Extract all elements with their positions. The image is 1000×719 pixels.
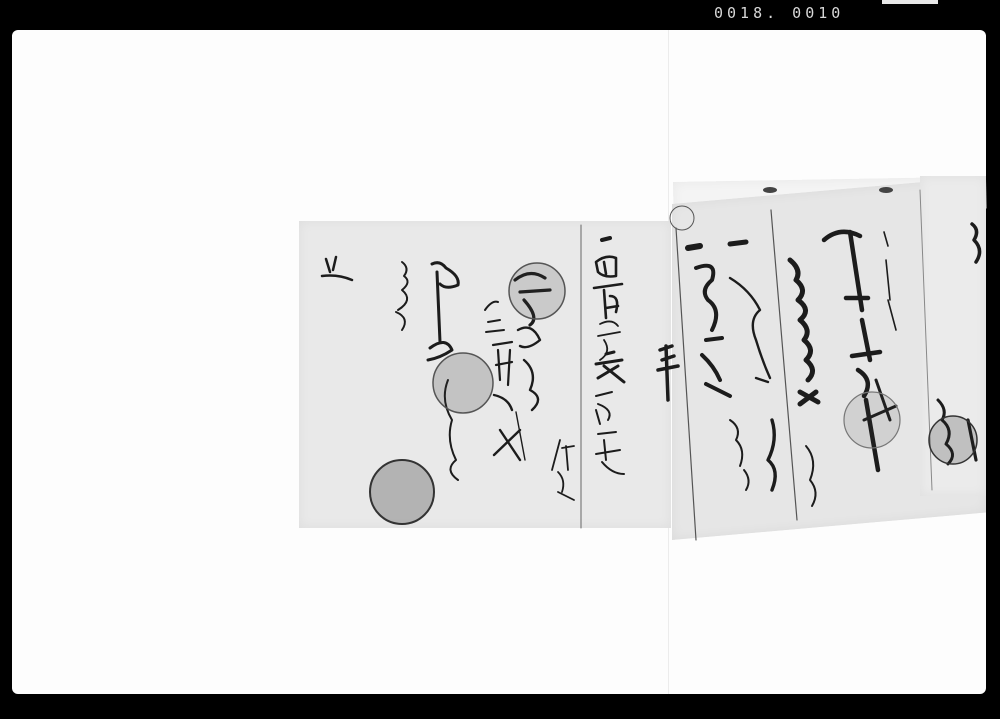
seal-stamps <box>370 206 977 524</box>
handwriting-layer <box>0 0 1000 719</box>
